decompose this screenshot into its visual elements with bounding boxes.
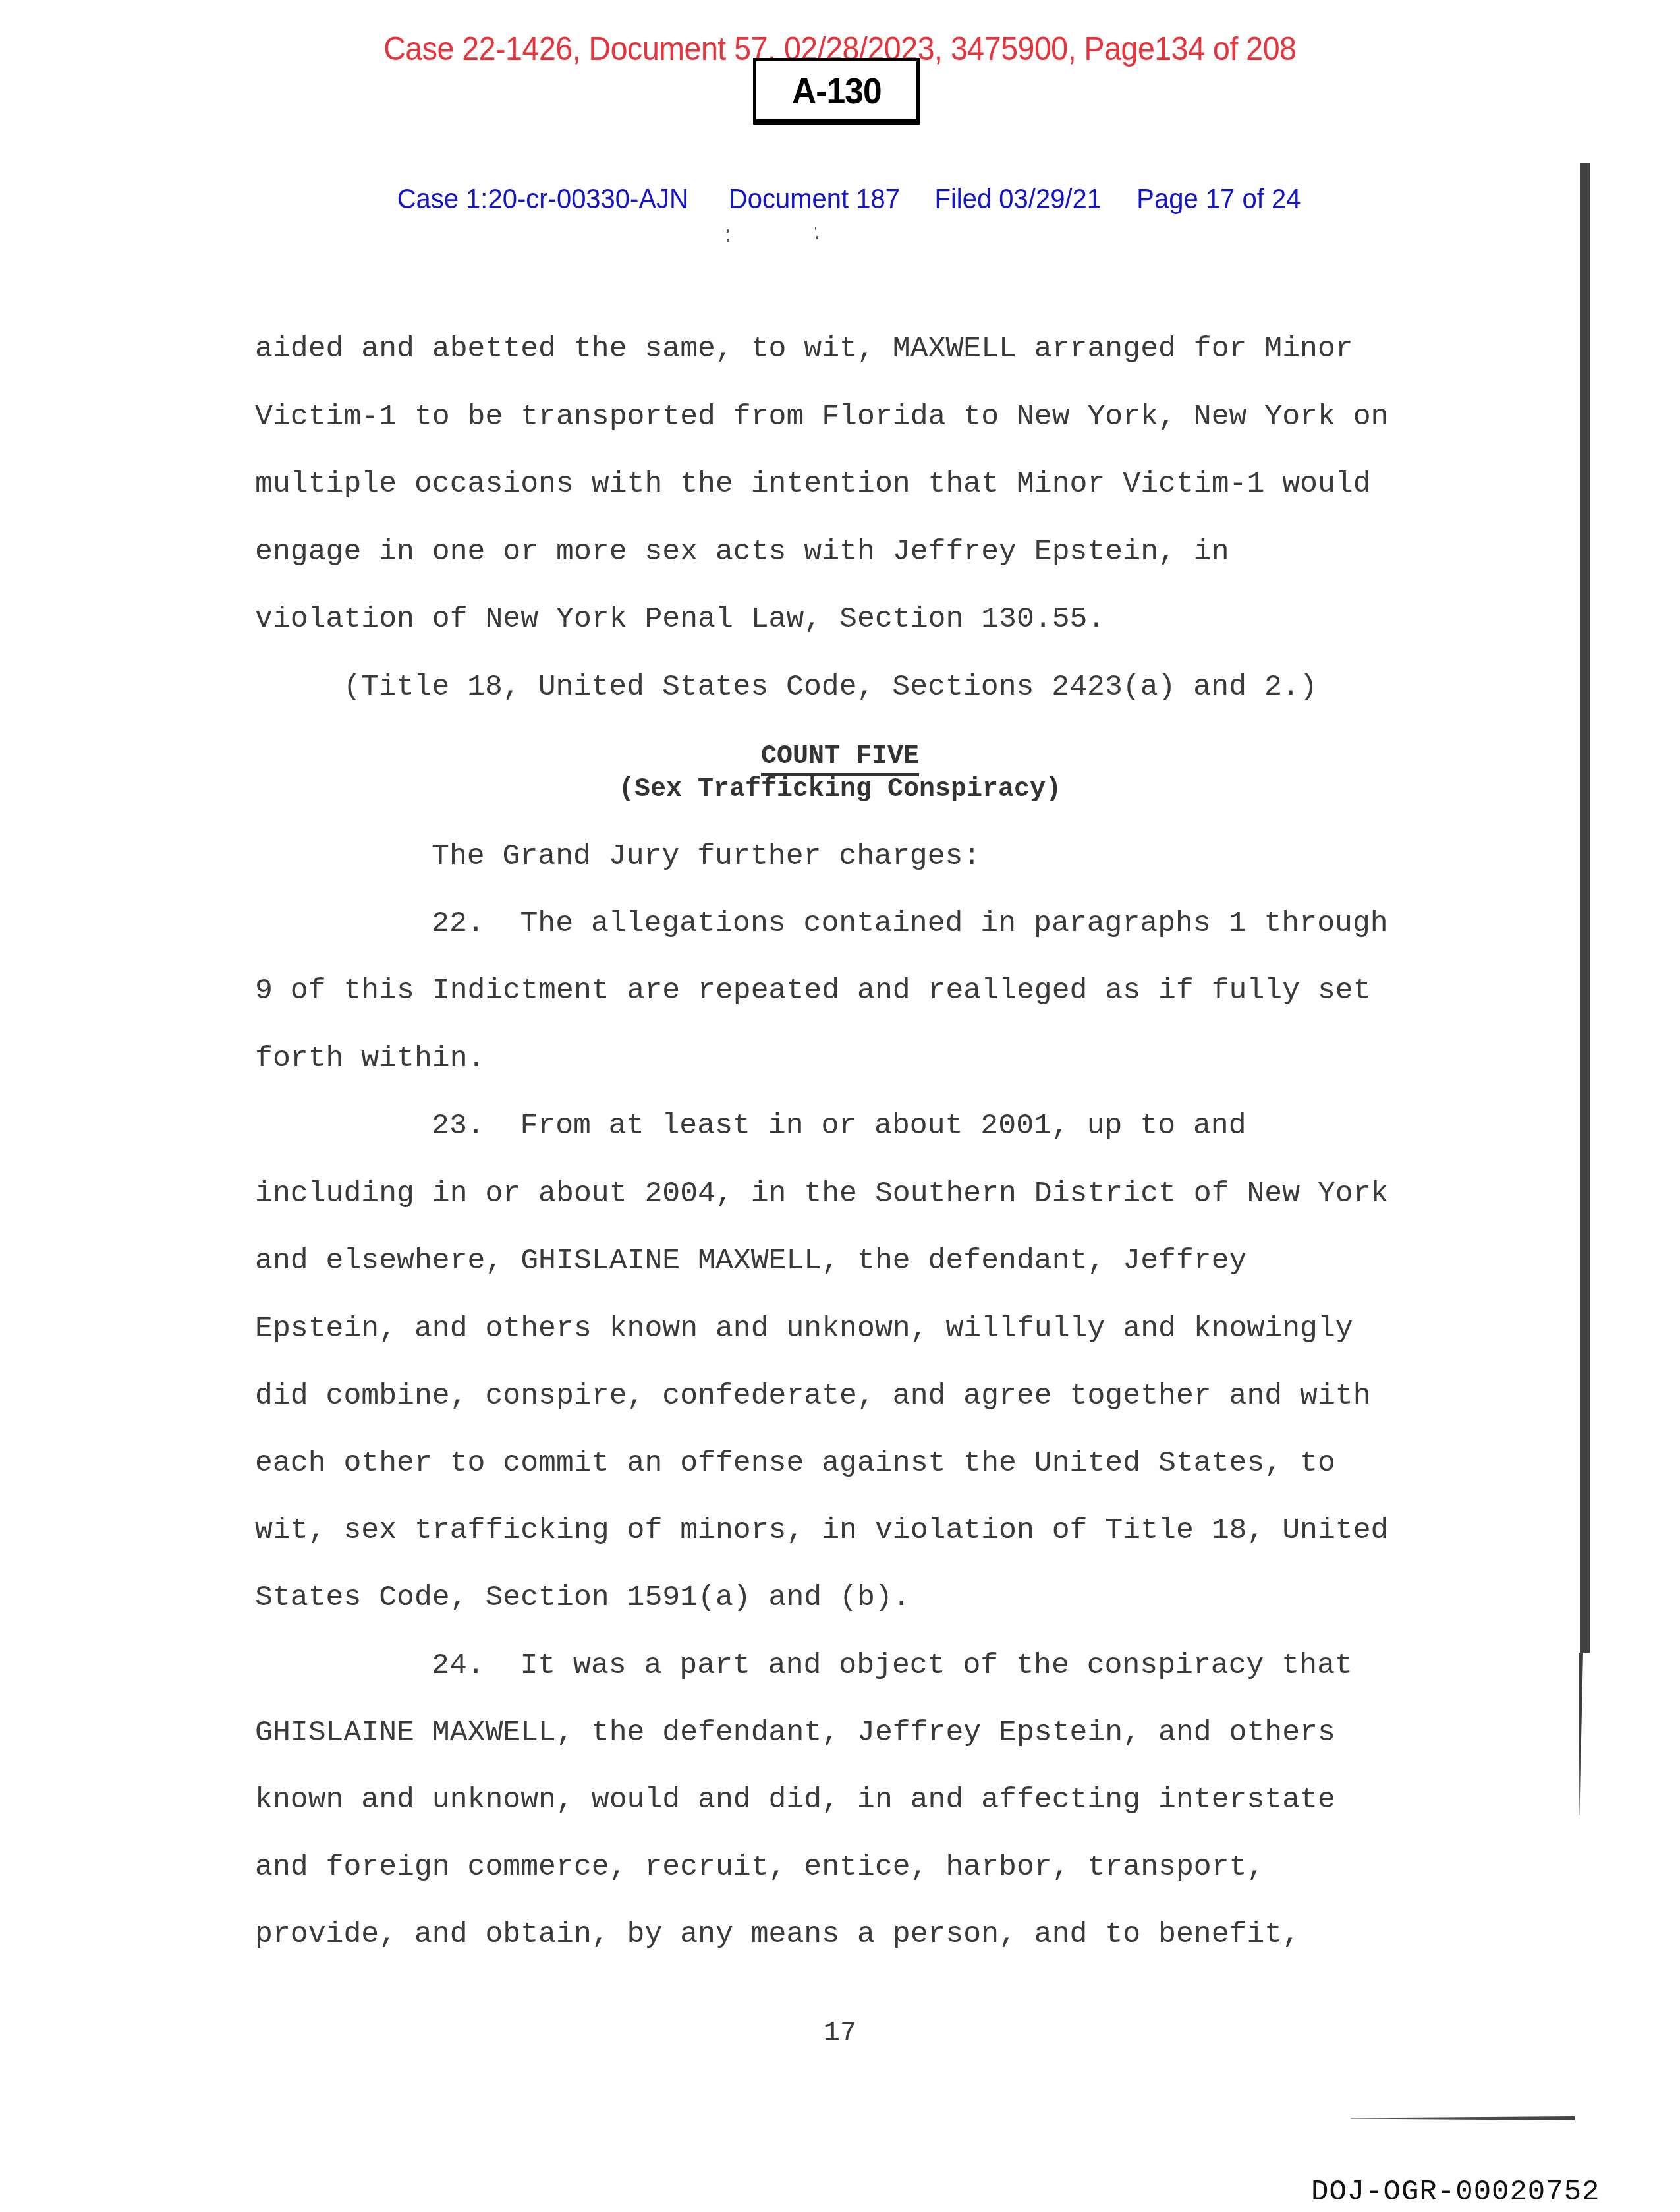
body-line: each other to commit an offense against … bbox=[255, 1447, 1335, 1480]
paragraph-number: 22. bbox=[432, 907, 485, 940]
paragraph-23-first-line: 23. From at least in or about 2001, up t… bbox=[432, 1110, 1246, 1143]
count-subheading: (Sex Trafficking Conspiracy) bbox=[0, 775, 1680, 805]
bates-number: DOJ-OGR-00020752 bbox=[1311, 2176, 1640, 2209]
body-line: and foreign commerce, recruit, entice, h… bbox=[255, 1851, 1264, 1884]
body-line: wit, sex trafficking of minors, in viola… bbox=[255, 1514, 1388, 1547]
body-line: and elsewhere, GHISLAINE MAXWELL, the de… bbox=[255, 1245, 1246, 1278]
body-line: GHISLAINE MAXWELL, the defendant, Jeffre… bbox=[255, 1716, 1335, 1749]
body-line: forth within. bbox=[255, 1042, 485, 1075]
body-line: aided and abetted the same, to wit, MAXW… bbox=[255, 333, 1353, 366]
paragraph-text: It was a part and object of the conspira… bbox=[520, 1649, 1352, 1682]
body-line: engage in one or more sex acts with Jeff… bbox=[255, 536, 1229, 569]
body-line: multiple occasions with the intention th… bbox=[255, 468, 1371, 501]
paragraph-22-first-line: 22. The allegations contained in paragra… bbox=[432, 907, 1388, 940]
paragraph-text: From at least in or about 2001, up to an… bbox=[520, 1110, 1246, 1143]
count-heading-text: COUNT FIVE bbox=[761, 742, 919, 776]
body-line: including in or about 2004, in the South… bbox=[255, 1177, 1388, 1210]
body-line: 9 of this Indictment are repeated and re… bbox=[255, 975, 1371, 1007]
body-line: known and unknown, would and did, in and… bbox=[255, 1784, 1335, 1817]
grand-jury-intro: The Grand Jury further charges: bbox=[432, 840, 980, 873]
document-page: Case 22-1426, Document 57, 02/28/2023, 3… bbox=[0, 0, 1680, 2212]
body-line: did combine, conspire, confederate, and … bbox=[255, 1380, 1371, 1413]
paragraph-24-first-line: 24. It was a part and object of the cons… bbox=[432, 1649, 1353, 1682]
paragraph-number: 23. bbox=[432, 1110, 485, 1143]
paragraph-number: 24. bbox=[432, 1649, 485, 1682]
body-line: Epstein, and others known and unknown, w… bbox=[255, 1313, 1353, 1346]
page-number: 17 bbox=[0, 2016, 1680, 2049]
body-line: violation of New York Penal Law, Section… bbox=[255, 603, 1105, 636]
statute-citation: (Title 18, United States Code, Sections … bbox=[343, 671, 1318, 704]
paragraph-text: The allegations contained in paragraphs … bbox=[520, 907, 1387, 940]
body-line: provide, and obtain, by any means a pers… bbox=[255, 1918, 1300, 1951]
body-line: States Code, Section 1591(a) and (b). bbox=[255, 1581, 910, 1614]
count-heading: COUNT FIVE bbox=[0, 742, 1680, 772]
document-body: aided and abetted the same, to wit, MAXW… bbox=[0, 0, 1680, 2212]
body-line: Victim-1 to be transported from Florida … bbox=[255, 401, 1388, 434]
